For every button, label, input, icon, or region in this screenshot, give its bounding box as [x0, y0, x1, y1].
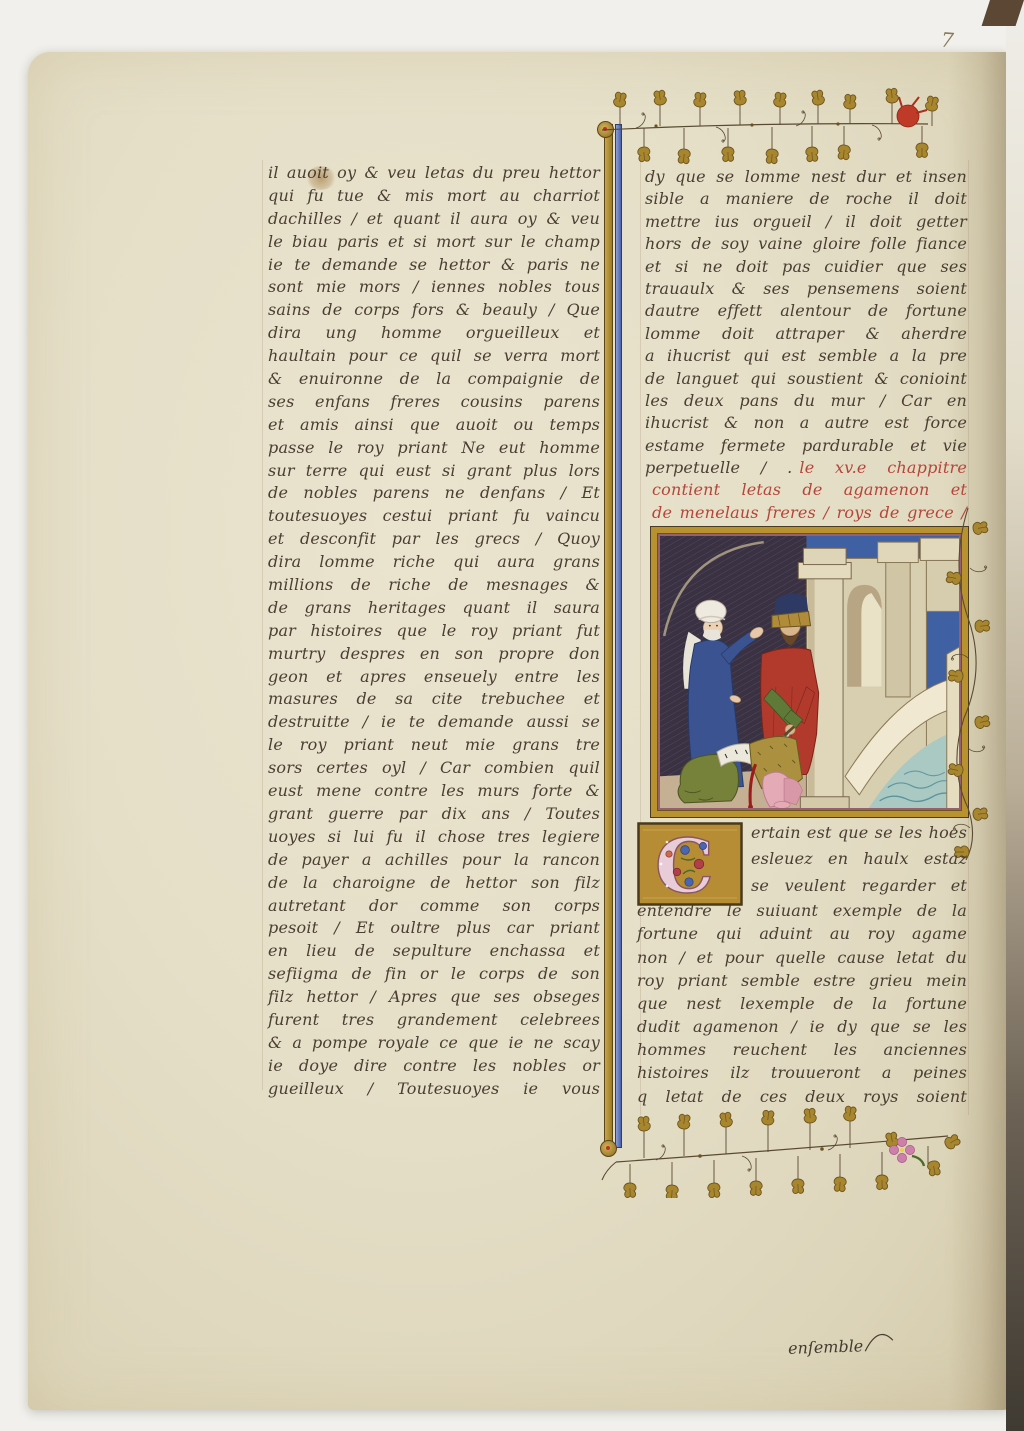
- text-line: ie te demande se hettor & paris ne: [268, 254, 600, 277]
- text-line: sur terre qui eust si grant plus lors: [268, 460, 600, 483]
- text-line: dira ung homme orgueilleux et: [268, 322, 600, 345]
- text-line: sible a maniere de roche il doit: [645, 188, 967, 210]
- text-line: lomme doit attraper & aherdre: [645, 323, 967, 345]
- chapter-rubric: contient letas de agamenon et: [645, 480, 967, 499]
- text-line: autretant dor comme son corps: [268, 895, 600, 918]
- text-line: sefiigma de fin or le corps de son: [268, 963, 600, 986]
- text-line: roy priant semble estre grieu mein: [637, 969, 967, 992]
- catchword-text: enſemble: [788, 1336, 864, 1358]
- text-line: dachilles / et quant il aura oy & veu: [268, 208, 600, 231]
- text-line: sont mie mors / iennes nobles tous: [268, 276, 600, 299]
- text-line: de grans heritages quant il saura: [268, 597, 600, 620]
- text-line: les deux pans du mur / Car en: [645, 390, 967, 412]
- text-line: le roy priant neut mie grans tre: [268, 734, 600, 757]
- manuscript-photo: { "page": { "folio_number": "7", "catchw…: [0, 0, 1024, 1431]
- text-line: de nobles parens ne denfans / Et: [268, 482, 600, 505]
- bottom-border-vine: [596, 1098, 968, 1198]
- text-line: millions de riche de mesnages &: [268, 574, 600, 597]
- text-line: se veulent regarder et: [751, 873, 967, 899]
- text-line: pesoit / Et oultre plus car priant: [268, 917, 600, 940]
- catchword-flourish: [863, 1332, 898, 1353]
- miniature-frame: [650, 526, 969, 818]
- text-line: de payer a achilles pour la rancon: [268, 849, 600, 872]
- text-line: destruitte / ie te demande aussi se: [268, 711, 600, 734]
- text-line: esleuez en haulx estaz: [751, 846, 967, 872]
- right-text-column-upper: dy que se lomme nest dur et insensible a…: [645, 166, 967, 524]
- red-berry: [897, 97, 927, 127]
- text-line: ertain est que se les hoes: [751, 820, 967, 846]
- text-line: ie doye dire contre les nobles or: [268, 1055, 600, 1078]
- text-line: qui fu tue & mis mort au charriot: [268, 185, 600, 208]
- text-line: et si ne doit pas cuidier que ses: [645, 256, 967, 278]
- text-line: de menelaus freres / roys de grece /: [645, 502, 967, 524]
- text-line: gueilleux / Toutesuoyes ie vous: [268, 1078, 600, 1101]
- catchword: enſemble: [788, 1332, 898, 1358]
- text-line: par histoires que le roy priant fut: [268, 620, 600, 643]
- text-line: hommes reuchent les anciennes: [637, 1038, 967, 1061]
- right-margin-vine: [938, 508, 1004, 860]
- text-line: ses enfans freres cousins parens: [268, 391, 600, 414]
- text-line: dy que se lomme nest dur et insen: [645, 166, 967, 188]
- text-line: dautre effett alentour de fortune: [645, 300, 967, 322]
- text-line: en lieu de sepulture enchassa et: [268, 940, 600, 963]
- text-line: et amis ainsi que auoit ou temps: [268, 414, 600, 437]
- text-line: hors de soy vaine gloire folle fiance: [645, 233, 967, 255]
- text-line: non / et pour quelle cause letat du: [637, 946, 967, 969]
- text-line: et desconfit par les grecs / Quoy: [268, 528, 600, 551]
- text-line: de languet qui soustient & conioint: [645, 368, 967, 390]
- text-line: toutesuoyes cestui priant fu vaincu: [268, 505, 600, 528]
- initial-letter: C: [655, 824, 714, 906]
- bar-border: [604, 124, 622, 1146]
- chapter-rubric: de menelaus freres / roys de grece /: [645, 503, 967, 522]
- miniature-scene: [658, 534, 961, 810]
- text-line: estame fermete pardurable et vie: [645, 435, 967, 457]
- text-line: sains de corps fors & beauly / Que: [268, 299, 600, 322]
- text-line: fortune qui aduint au roy agame: [637, 922, 967, 945]
- text-line: de la charoigne de hettor son filz: [268, 872, 600, 895]
- text-line: dudit agamenon / ie dy que se les: [637, 1015, 967, 1038]
- text-line: murtry despres en son propre don: [268, 643, 600, 666]
- paragraph-lines: entendre le suiuant exemple de lafortune…: [637, 899, 967, 1108]
- bar-blue-strip: [615, 124, 622, 1148]
- top-border-vine: [592, 86, 948, 168]
- chapter-rubric: le xv.e chappitre: [792, 458, 967, 477]
- text-line: perpetuelle / .le xv.e chappitre: [645, 457, 967, 479]
- bar-gold-strip: [604, 124, 613, 1148]
- left-text-column: il auoit oy & veu letas du preu hettorqu…: [268, 162, 600, 1101]
- text-line: trauaulx & ses pensemens soient: [645, 278, 967, 300]
- text-line: eust mene contre les murs forte &: [268, 780, 600, 803]
- green-leaf: [912, 1156, 924, 1166]
- text-line: mettre ius orgueil / il doit getter: [645, 211, 967, 233]
- ruling-line: [262, 160, 263, 1090]
- text-line: a ihucrist qui est semble a la pre: [645, 345, 967, 367]
- text-line: & enuironne de la compaignie de: [268, 368, 600, 391]
- text-line: ihucrist & non a autre est force: [645, 412, 967, 434]
- text-line: masures de sa cite trebuchee et: [268, 688, 600, 711]
- text-line: histoires ilz trouueront a peines: [637, 1061, 967, 1084]
- text-line: il auoit oy & veu letas du preu hettor: [268, 162, 600, 185]
- text-line: filz hettor / Apres que ses obseges: [268, 986, 600, 1009]
- folio-number: 7: [940, 28, 954, 53]
- text-line: uoyes si lui fu il chose tres legiere: [268, 826, 600, 849]
- text-line: sors certes oyl / Car combien quil: [268, 757, 600, 780]
- text-line: passe le roy priant Ne eut homme: [268, 437, 600, 460]
- text-line: que nest lexemple de la fortune: [637, 992, 967, 1015]
- right-text-column-lower: C ertain est que se les hoesesleuez en h…: [637, 820, 967, 1108]
- text-line: dira lomme riche qui aura grans: [268, 551, 600, 574]
- text-line: contient letas de agamenon et: [645, 479, 967, 501]
- text-line: grant guerre par dix ans / Toutes: [268, 803, 600, 826]
- illuminated-initial: C: [637, 822, 743, 906]
- text-line: geon et apres enseuely entre les: [268, 666, 600, 689]
- text-line: haultain pour ce quil se verra mort: [268, 345, 600, 368]
- text-line: furent tres grandement celebrees: [268, 1009, 600, 1032]
- text-line: le biau paris et si mort sur le champ: [268, 231, 600, 254]
- text-line: & a pompe royale ce que ie ne scay: [268, 1032, 600, 1055]
- binding-edge: [1006, 0, 1024, 1431]
